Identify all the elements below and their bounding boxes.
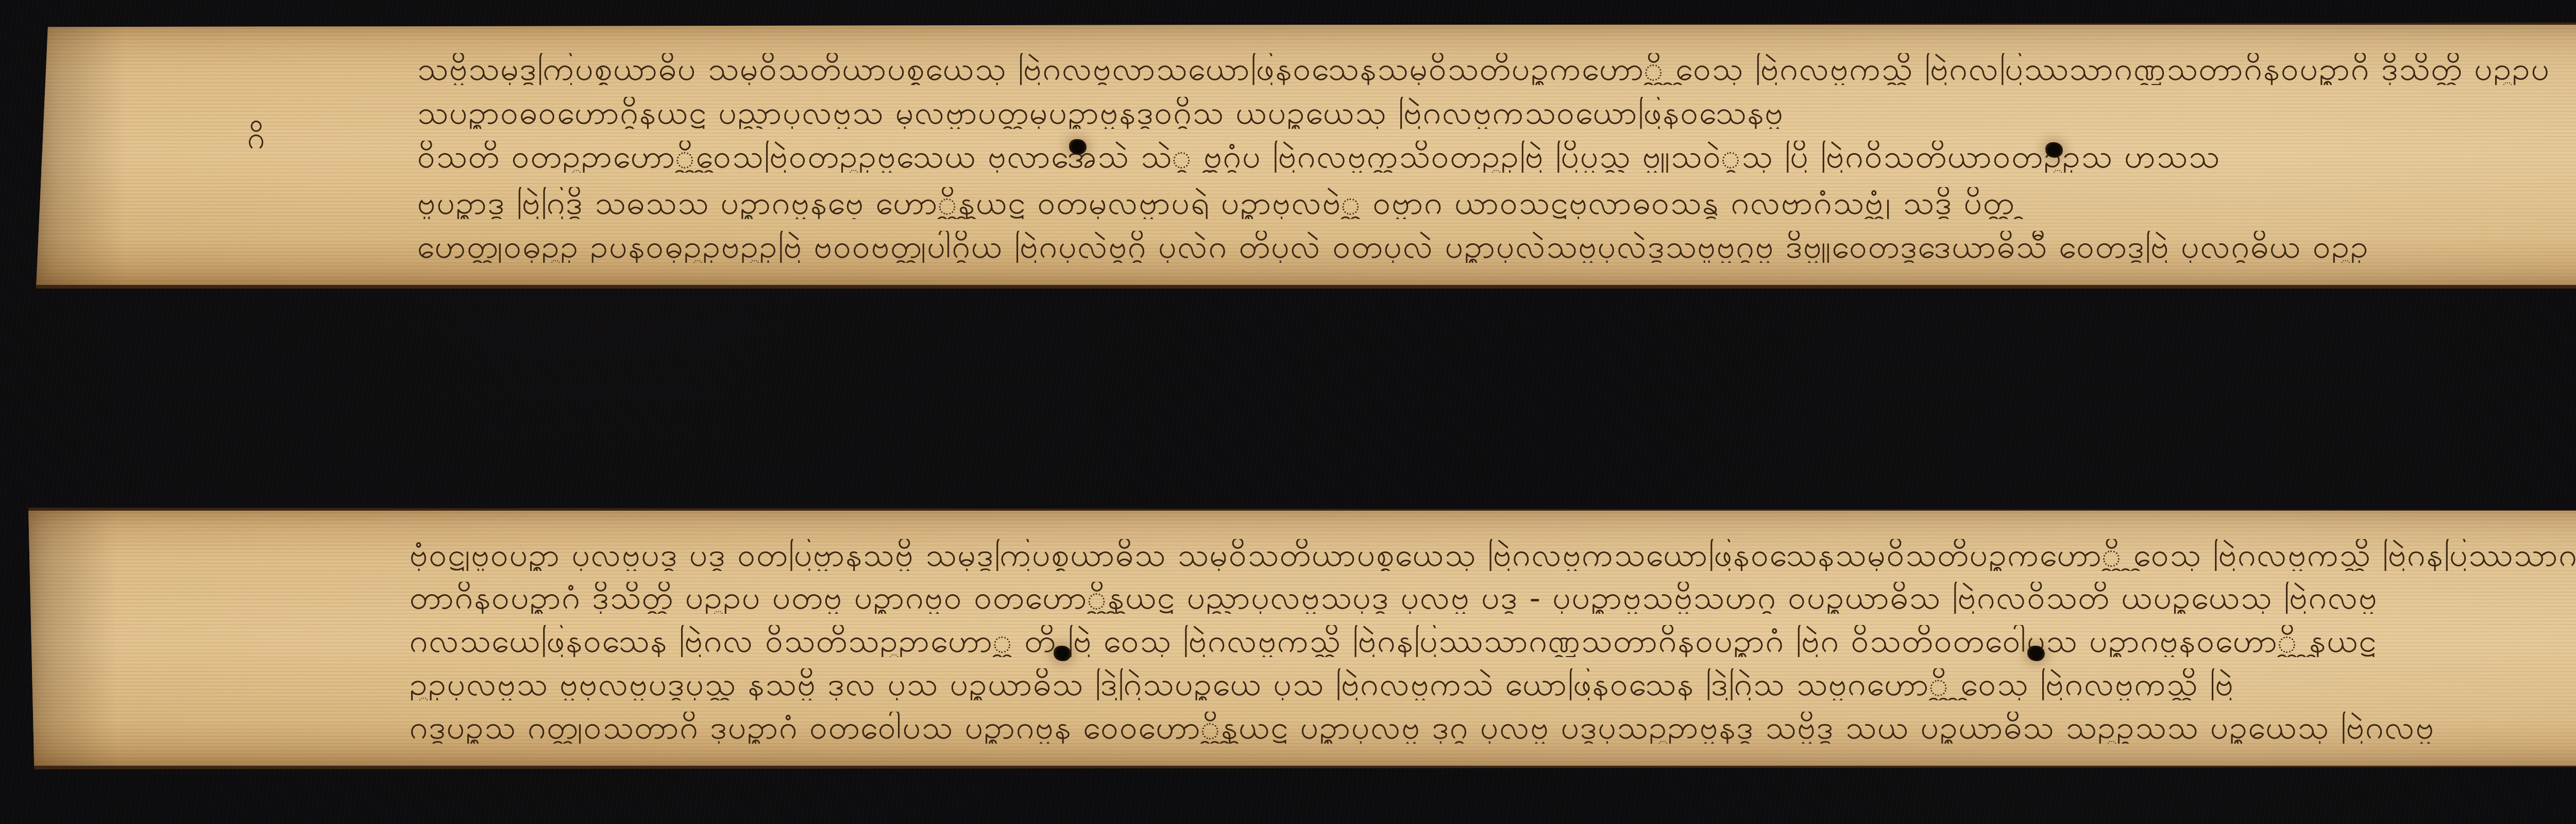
string-hole-left bbox=[1054, 646, 1071, 661]
leaf-1-line-2: သပဉ္စာဝဓဝဟောဂ္ဂိနယဋ္ဌ ပည္သာပုလဗ္ဗသ မုလဗ္… bbox=[417, 97, 2576, 129]
string-hole-right bbox=[2045, 142, 2063, 158]
leaf-2-line-3: ဂလသယေဖြနဝသေန ဗြဲဂလ ဝိသတိသဉ္ဉာဟော္တ တိ ဗြ… bbox=[410, 625, 2576, 657]
leaf-1-line-4: ဗှုပဥ္စာဒ္ဒ ဗြဲဂြဒ္ဒိ သဓသသ ပဉ္စာဂဗ္ဗနဗေ့… bbox=[417, 187, 2576, 219]
leaf-2-line-4: ဉ္ဉုပုလဗ္ဗသ ဗ္ဗဗုလဗ္ဗပဒ္ဓပုသ္တ နသဗ္ဗိ ဒု… bbox=[410, 668, 2576, 700]
string-hole-left bbox=[1069, 139, 1087, 155]
string-hole-right bbox=[2027, 646, 2045, 661]
folio-number-mark: ဂိ bbox=[247, 123, 265, 154]
palm-leaf-folio-1: ဂိ သဗ္ဗိသမုဒ္ဒကြပစ္စယာဓိပ သမုဝိသတိယာပစ္စ… bbox=[36, 22, 2576, 289]
leaf-2-line-1: ဗုံဝဋ္ဋုဗှုဝပဉ္စာ ပုလဗ္ဗပဒ္ဓ ပဒ္ဓ ဝတပြဗ္… bbox=[410, 539, 2576, 571]
leaf-1-line-3: ဝိသတိ ဝတဉ္ဉာဟော္တ္တိဝေသဗြဲဝတဉ္ဉုဗ္ဗသေယ ဗ… bbox=[417, 141, 2576, 173]
leaf-2-line-2: တာဂိနဝပဉ္စာဂံ ဒိုသိတ္တိ ပဉ္ဉပ ပတဗ္ဗ ပဉ္စ… bbox=[410, 582, 2576, 614]
leaf-1-line-5: ဟေတ္တုဝဓုဉ္ဉု ဥပနဝဓုဉ္ဉုဗဉ္ဉုဗြဲ ဗဝဝဗတ္တ… bbox=[417, 231, 2576, 263]
leaf-1-line-1: သဗ္ဗိသမုဒ္ဒကြပစ္စယာဓိပ သမုဝိသတိယာပစ္စယေသ… bbox=[417, 53, 2576, 85]
palm-leaf-folio-2: ဗုံဝဋ္ဋုဗှုဝပဉ္စာ ပုလဗ္ဗပဒ္ဓ ပဒ္ဓ ဝတပြဗ္… bbox=[28, 508, 2576, 769]
leaf-2-line-5: ဂဒ္ဒပဉ္စသ ဂတ္ဘုဝသတာဂိ ဒုပဉ္စာဂံ ဝတဝေါပသ … bbox=[410, 712, 2576, 744]
